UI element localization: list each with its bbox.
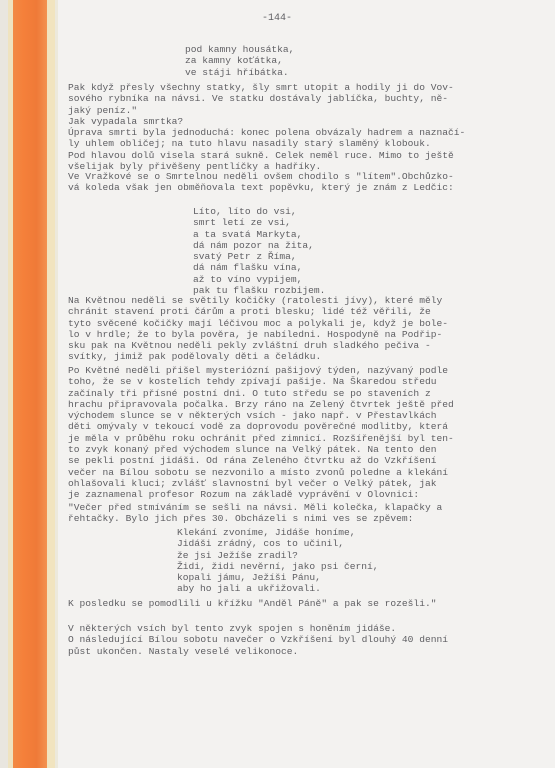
text-line: O následující Bílou sobotu navečer o Vzk… (68, 634, 548, 645)
verse-block: Líto, líto do vsi,smrt letí ze vsi,a ta … (193, 206, 555, 296)
text-line: sového rybníka na návsi. Ve statku dostá… (68, 93, 548, 104)
text-line: Pod hlavou dolů visela stará sukně. Cele… (68, 150, 548, 161)
verse-block: pod kamny housátka,za kamny koťátka,ve s… (185, 44, 555, 78)
text-line: Židi, židi nevěrní, jako psi černí, (177, 561, 555, 572)
text-line: lo v hrdle; že to byla pověra, je nabíle… (68, 329, 548, 340)
text-line: Úprava smrti byla jednoduchá: konec pole… (68, 127, 548, 138)
paragraph: K posledku se pomodlili u křížku "Anděl … (68, 598, 548, 609)
text-line: Pak když přesly všechny statky, šly smrt… (68, 82, 548, 93)
paragraph: "Večer před stmíváním se sešli na návsi.… (68, 502, 548, 525)
text-line: Líto, líto do vsi, (193, 206, 555, 217)
text-line: dá nám pozor na žita, (193, 240, 555, 251)
text-line: Jak vypadala smrtka? (68, 116, 548, 127)
text-line: sku pak na Květnou neděli pekly zvláštní… (68, 340, 548, 351)
text-line: začínaly tři přísné postní dni. O tuto s… (68, 388, 548, 399)
text-line: se pekli postní jidáši. Od rána Zeleného… (68, 455, 548, 466)
text-line: V některých vsích byl tento zvyk spojen … (68, 623, 548, 634)
text-line: dá nám flašku vína, (193, 262, 555, 273)
verse-block: Klekání zvoníme, Jidáše honíme,Jidáši zr… (177, 527, 555, 595)
text-line: ve stáji hříbátka. (185, 67, 555, 78)
text-line: je měla v průběhu roku ochránit před zim… (68, 433, 548, 444)
paragraph: Na Květnou neděli se světily kočičky (ra… (68, 295, 548, 363)
text-line: vá koleda však jen obměňovala text popěv… (68, 182, 548, 193)
text-line: Jidáši zrádný, cos to učinil, (177, 538, 555, 549)
text-line: půst ukončen. Nastaly veselé velikonoce. (68, 646, 548, 657)
text-line: smrt letí ze vsi, (193, 217, 555, 228)
text-line: že jsi Ježíše zradil? (177, 550, 555, 561)
text-line: K posledku se pomodlili u křížku "Anděl … (68, 598, 548, 609)
paragraph: Po Květné neděli přišel mysteriózní paši… (68, 365, 548, 501)
text-line: Po Květné neděli přišel mysteriózní paši… (68, 365, 548, 376)
text-line: chránit stavení proti čárům a proti bles… (68, 306, 548, 317)
text-line: za kamny koťátka, (185, 55, 555, 66)
text-line: Klekání zvoníme, Jidáše honíme, (177, 527, 555, 538)
text-line: "Večer před stmíváním se sešli na návsi.… (68, 502, 548, 513)
text-line: ohlašovali kluci; zvlášť slavnostní byl … (68, 478, 548, 489)
text-line: svatý Petr z Říma, (193, 251, 555, 262)
text-line: je zaznamenal profesor Rozum na základě … (68, 489, 548, 500)
text-line: řehtačky. Bylo jich přes 30. Obcházeli s… (68, 513, 548, 524)
margin-stripe-cream-right (47, 0, 55, 768)
margin-stripe-orange (13, 0, 47, 768)
paragraph: V některých vsích byl tento zvyk spojen … (68, 623, 548, 657)
text-line: večer na Bílou sobotu se nezvonilo a mís… (68, 467, 548, 478)
paragraph: Pak když přesly všechny statky, šly smrt… (68, 82, 548, 172)
text-line: východem slunce se v některých vsích - j… (68, 410, 548, 421)
text-line: svítky, jimiž pak podělovaly děti a čelá… (68, 351, 548, 362)
text-line: jaký peníz." (68, 105, 548, 116)
text-line: tyto svěcené kočičky mají léčivou moc a … (68, 318, 548, 329)
paragraph: Ve Vražkové se o Smrtelnou neděli ovšem … (68, 171, 548, 194)
text-line: a ta svatá Markyta, (193, 229, 555, 240)
text-line: Ve Vražkové se o Smrtelnou neděli ovšem … (68, 171, 548, 182)
text-line: aby ho jali a ukřižovali. (177, 583, 555, 594)
text-line: toho, že se v kostelích tehdy zpívají pa… (68, 376, 548, 387)
text-line: kopali jámu, Ježíši Pánu, (177, 572, 555, 583)
text-line: Na Květnou neděli se světily kočičky (ra… (68, 295, 548, 306)
text-line: pod kamny housátka, (185, 44, 555, 55)
text-line: to zvyk konaný před východem slunce na V… (68, 444, 548, 455)
text-line: ly uhlem obličej; na tuto hlavu nasadily… (68, 138, 548, 149)
text-line: až to víno vypijem, (193, 274, 555, 285)
page-number: -144- (262, 13, 555, 24)
text-line: děti omývaly v tekoucí vodě za doprovodu… (68, 421, 548, 432)
text-line: hrachu připravovala počalka. Brzy ráno n… (68, 399, 548, 410)
